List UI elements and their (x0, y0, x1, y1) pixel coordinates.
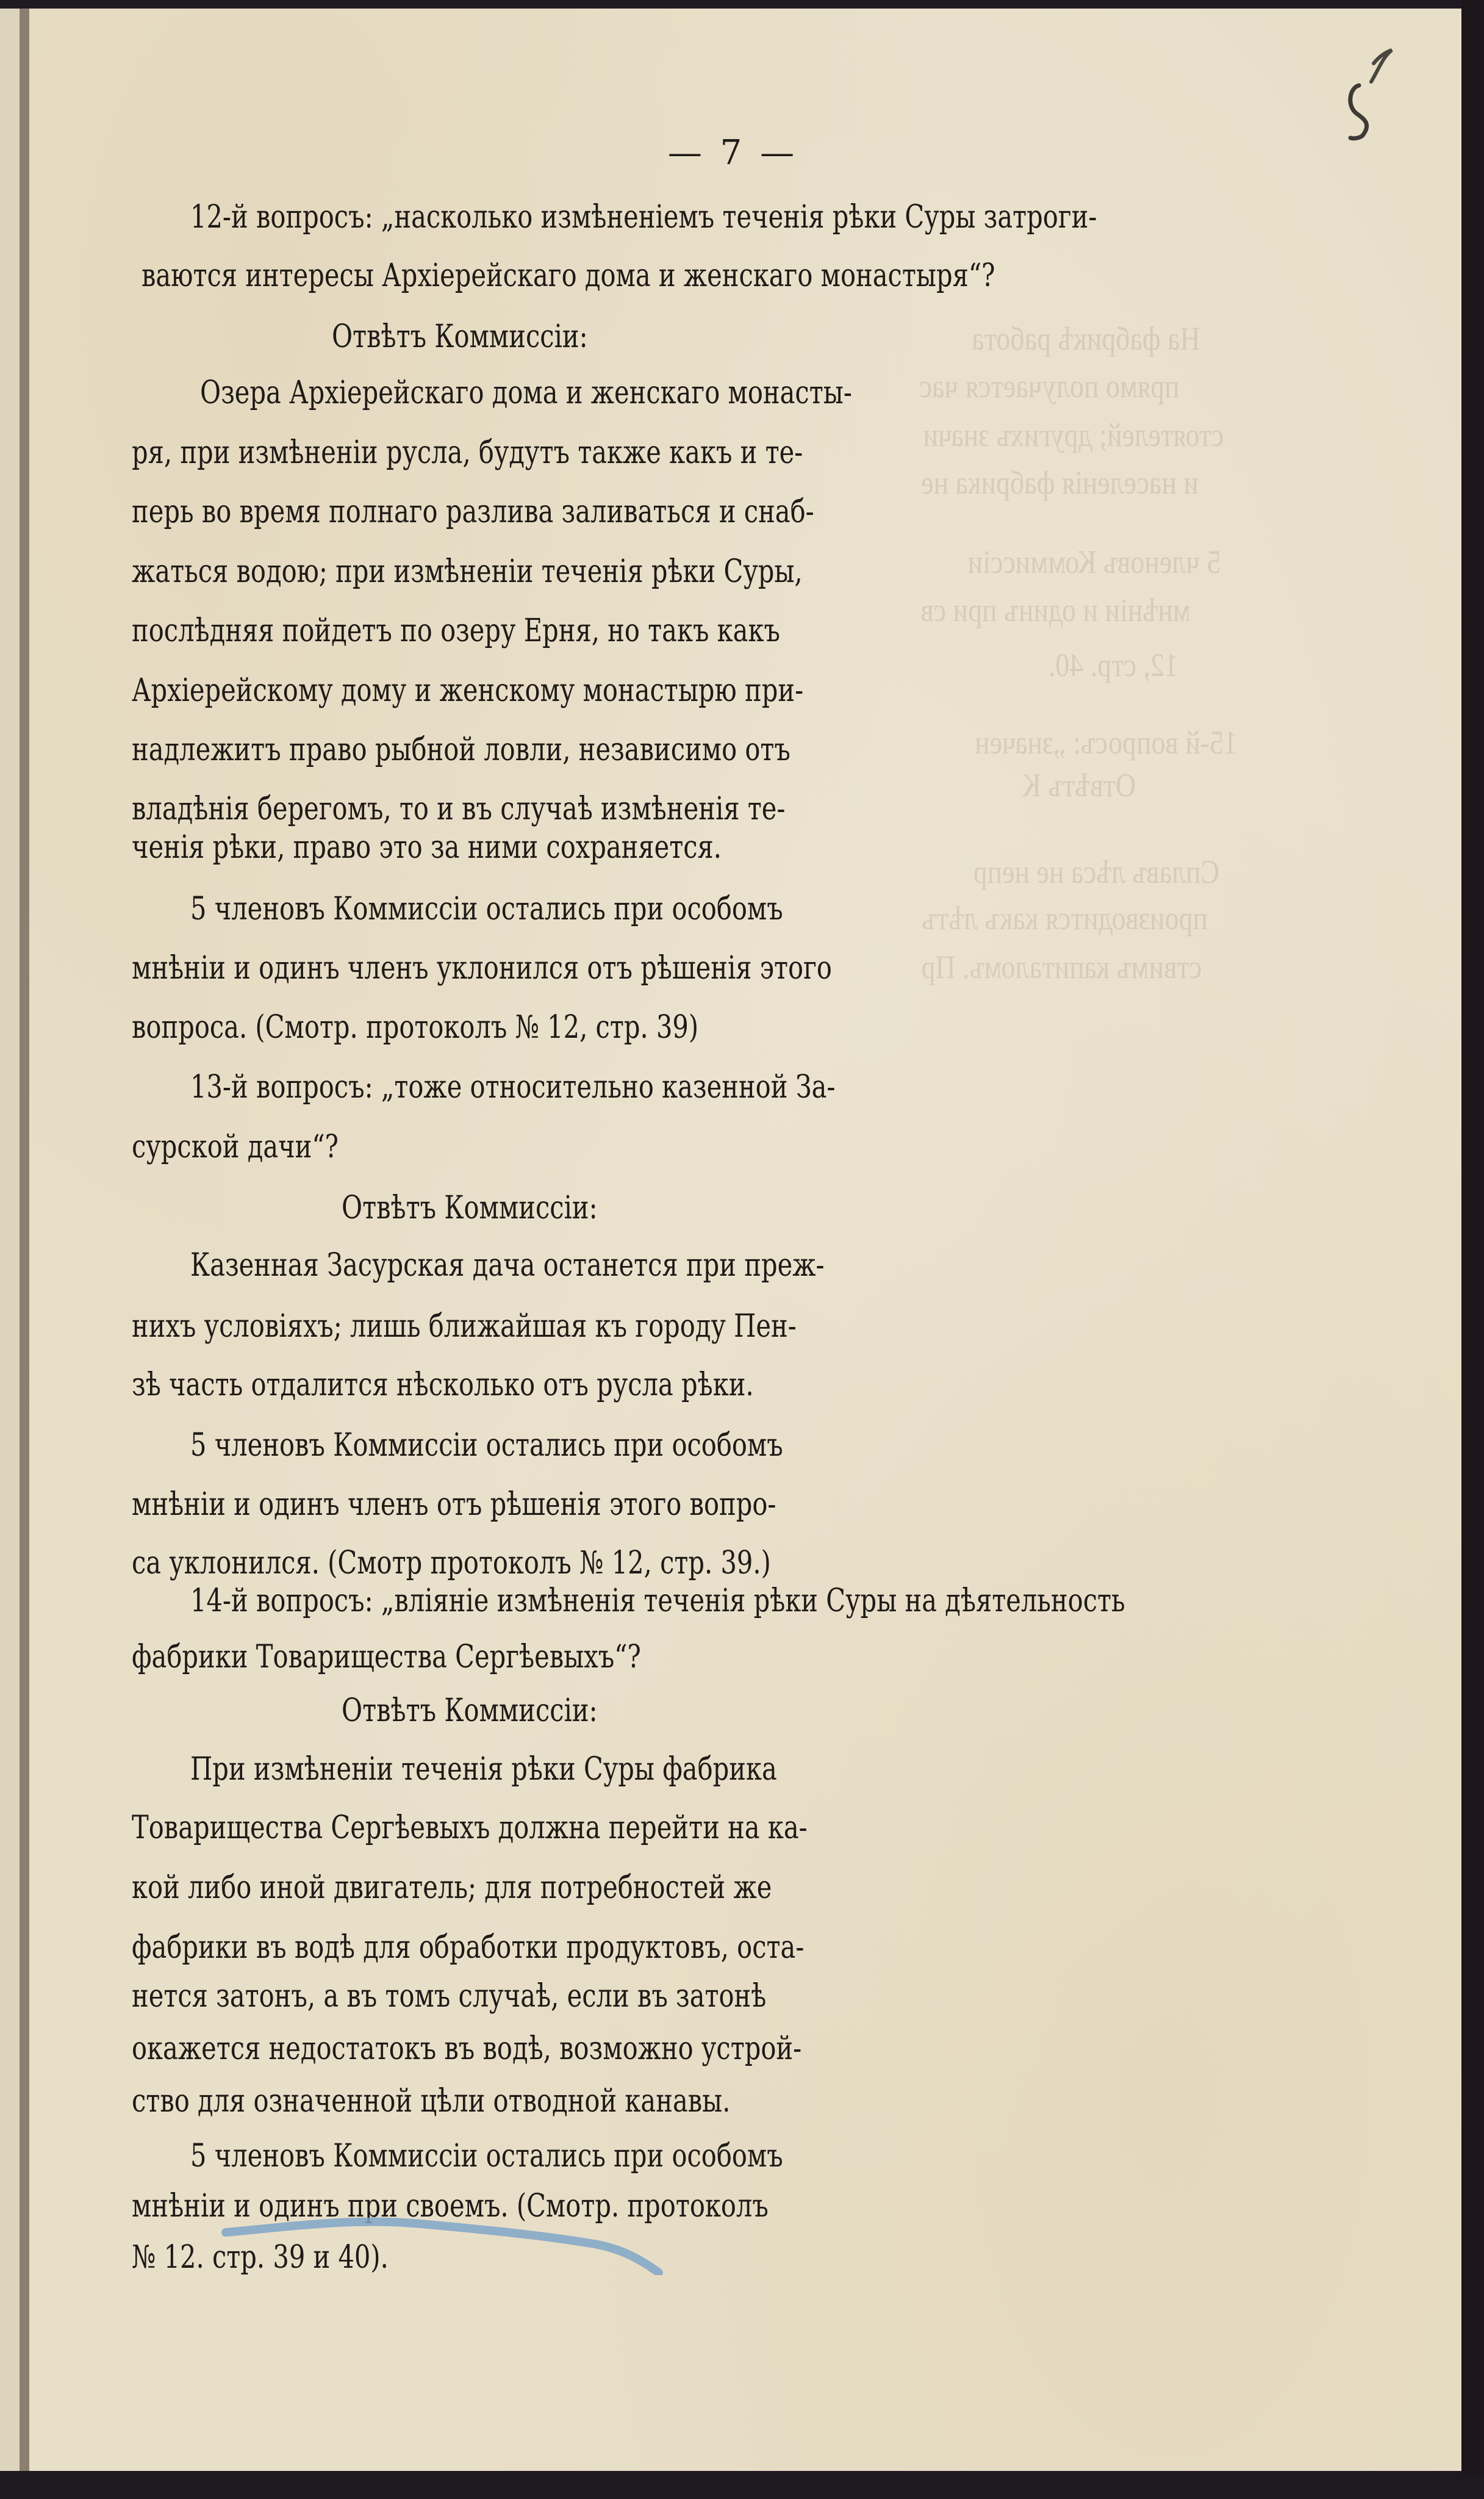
bleed-line: и населенія фабрика не (921, 464, 1199, 502)
question-13-line-2: сурской дачи“? (132, 1129, 339, 1165)
bleed-line: прямо получается час (920, 367, 1180, 405)
answer-14-line: нется затонъ, а въ томъ случаѣ, если въ … (132, 1978, 766, 2015)
vote-12-line: мнѣніи и одинъ членъ уклонился отъ рѣшен… (132, 950, 832, 987)
answer-heading-14: Отвѣтъ Коммиссіи: (342, 1692, 598, 1729)
bleed-line: производится какъ лѣтъ (922, 899, 1208, 937)
answer-14-line: кой либо иной двигатель; для потребносте… (132, 1869, 772, 1906)
answer-12-line: жаться водою; при измѣненіи теченія рѣки… (132, 553, 803, 590)
bleed-line: мнѣніи и одинъ при св (920, 591, 1191, 629)
question-13-line-1: 13-й вопросъ: „тоже относительно казенно… (190, 1069, 835, 1106)
answer-12-line: владѣнія берегомъ, то и въ случаѣ измѣне… (132, 791, 785, 827)
answer-12-line: надлежитъ право рыбной ловли, независимо… (132, 732, 790, 768)
binding-strip (0, 9, 21, 2471)
bleed-line: ствимъ капиталомъ. Пр (922, 948, 1202, 986)
answer-14-line: ство для означенной цѣли отводной канавы… (132, 2083, 731, 2120)
answer-13-line: нихъ условіяхъ; лишь ближайшая къ городу… (132, 1308, 797, 1345)
question-14-line-2: фабрики Товарищества Сергѣевыхъ“? (132, 1639, 641, 1675)
scan-bottom-edge (0, 2475, 1484, 2499)
page-number: — 7 — (0, 133, 1484, 173)
vote-12-line: 5 членовъ Коммиссіи остались при особомъ (190, 891, 783, 927)
answer-heading-13: Отвѣтъ Коммиссіи: (342, 1190, 598, 1226)
answer-heading-12: Отвѣтъ Коммиссіи: (332, 318, 588, 355)
bleed-line: 15-й вопросъ: „значен (975, 724, 1238, 761)
answer-14-line: фабрики въ водѣ для обработки продуктовъ… (132, 1929, 804, 1966)
vote-13-line: мнѣніи и одинъ членъ отъ рѣшенія этого в… (132, 1486, 776, 1523)
question-12-line-2: ваются интересы Архіерейскаго дома и жен… (142, 257, 995, 294)
document-page: На фабрикѣ работа прямо получается час с… (0, 9, 1461, 2471)
vote-12-line: вопроса. (Смотр. протоколъ № 12, стр. 39… (132, 1009, 698, 1046)
bleed-line: 5 членовъ Коммиссіи (968, 543, 1221, 581)
handwritten-folio-number-icon (1336, 45, 1409, 143)
answer-14-line: Товарищества Сергѣевыхъ должна перейти н… (132, 1810, 808, 1846)
bleed-line: Сплавъ лѣса не непр (973, 853, 1220, 891)
answer-14-line: При измѣненіи теченія рѣки Суры фабрика (190, 1751, 777, 1788)
answer-12-line: Озера Архіерейскаго дома и женскаго мона… (200, 375, 852, 411)
question-14-line-1: 14-й вопросъ: „вліяніе измѣненія теченія… (190, 1583, 1125, 1619)
bleed-line: стоятелей; другихъ значи (923, 416, 1224, 454)
answer-12-line: послѣдняя пойдетъ по озеру Ерня, но такъ… (132, 613, 780, 649)
vote-14-line: 5 членовъ Коммиссіи остались при особомъ (190, 2138, 783, 2174)
answer-14-line: окажется недостатокъ въ водѣ, возможно у… (132, 2030, 801, 2067)
bleed-line: Отвѣтъ К (1022, 766, 1136, 804)
answer-12-line: ченія рѣки, право это за ними сохраняетс… (132, 829, 722, 866)
question-12-line-1: 12-й вопросъ: „насколько измѣненіемъ теч… (190, 199, 1097, 236)
vote-13-line: са уклонился. (Смотр протоколъ № 12, стр… (132, 1545, 771, 1581)
blue-pencil-underline-icon (220, 2214, 671, 2275)
answer-13-line: зѣ часть отдалится нѣсколько отъ русла р… (132, 1367, 754, 1403)
answer-12-line: ря, при измѣненіи русла, будутъ также ка… (132, 434, 803, 471)
answer-12-line: Архіерейскому дому и женскому монастырю … (132, 672, 803, 709)
vote-13-line: 5 членовъ Коммиссіи остались при особомъ (190, 1427, 783, 1464)
binding-rule (20, 9, 29, 2471)
answer-12-line: перь во время полнаго разлива заливаться… (132, 494, 814, 530)
bleed-line: На фабрикѣ работа (972, 320, 1200, 358)
scan-right-edge (1461, 0, 1484, 2499)
answer-13-line: Казенная Засурская дача останется при пр… (190, 1247, 825, 1284)
bleed-line: 12, стр. 40. (1048, 646, 1178, 684)
